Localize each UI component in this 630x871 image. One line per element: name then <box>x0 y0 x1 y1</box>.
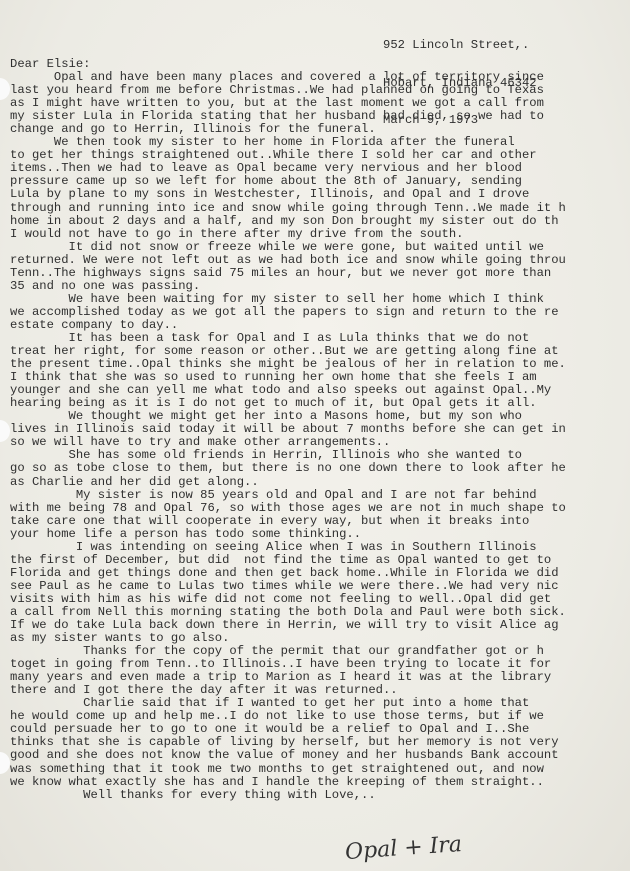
handwritten-signature: Opal + Ira <box>344 832 462 865</box>
letter-body: Dear Elsie: Opal and have been many plac… <box>10 58 630 802</box>
address-street: 952 Lincoln Street,. <box>383 39 537 52</box>
letter-line: through and running into ice and snow wh… <box>10 202 630 215</box>
punch-hole <box>0 752 10 774</box>
letter-line: 35 and no one was passing. <box>10 280 630 293</box>
letter-line: take care one that will cooperate in eve… <box>10 515 630 528</box>
letter-line: visits with him as his wife did not come… <box>10 593 630 606</box>
punch-hole <box>0 78 10 100</box>
letter-line: go so as tobe close to them, but there i… <box>10 462 630 475</box>
letter-line: with me being 78 and Opal 76, so with th… <box>10 502 630 515</box>
letter-line: returned. We were not left out as we had… <box>10 254 630 267</box>
punch-hole <box>0 420 10 442</box>
letter-line: see Paul as he came to Lulas two times w… <box>10 580 630 593</box>
letter-line: the first of December, but did not find … <box>10 554 630 567</box>
letter-line: good and she does not know the value of … <box>10 749 630 762</box>
letter-line: we accomplished today as we got all the … <box>10 306 630 319</box>
letter-line: It did not snow or freeze while we were … <box>10 241 630 254</box>
letter-line: We have been waiting for my sister to se… <box>10 293 630 306</box>
letter-line: Tenn..The highways signs said 75 miles a… <box>10 267 630 280</box>
letter-page: 952 Lincoln Street,. Hobart, Indiana 463… <box>0 0 630 871</box>
letter-line: your home life a person has todo some th… <box>10 528 630 541</box>
letter-line: Florida and get things done and then get… <box>10 567 630 580</box>
letter-line: as Charlie and her did get along.. <box>10 476 630 489</box>
letter-line: we know what exactly she has and I handl… <box>10 776 630 789</box>
letter-line: Well thanks for every thing with Love,.. <box>10 789 630 802</box>
letter-line: My sister is now 85 years old and Opal a… <box>10 489 630 502</box>
letter-line: home in about 2 days and a half, and my … <box>10 215 630 228</box>
letter-line: was something that it took me two months… <box>10 763 630 776</box>
letter-line: I would not have to go in there after my… <box>10 228 630 241</box>
letter-line: I was intending on seeing Alice when I w… <box>10 541 630 554</box>
letter-line: Lula by plane to my sons in Westchester,… <box>10 188 630 201</box>
